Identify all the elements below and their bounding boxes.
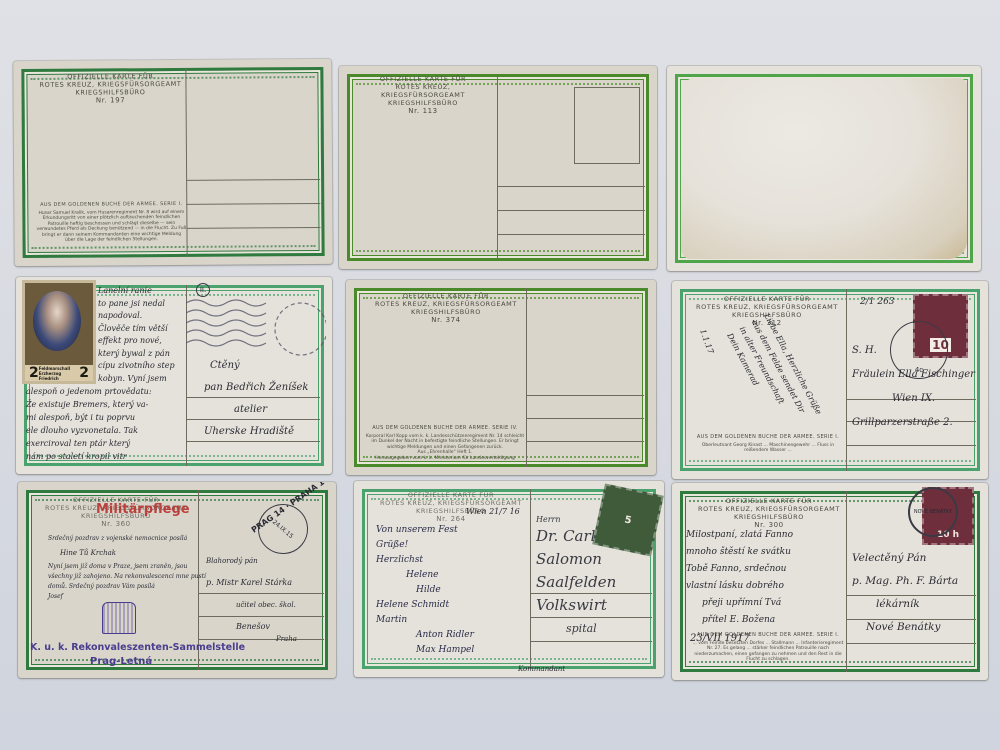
postcard-nr-197: OFFIZIELLE KARTE FÜRROTES KREUZ, KRIEGSF… (13, 59, 332, 266)
postcard-nr-300: OFFIZIELLE KARTE FÜRROTES KREUZ, KRIEGSF… (672, 483, 988, 680)
postcard-nr-374: OFFIZIELLE KARTE FÜRROTES KREUZ, KRIEGSF… (346, 280, 656, 475)
postcard-zenisek: II. 2 Feldmarschall Erzherzog Friedrich … (16, 277, 332, 474)
card-number: Nr. 197 (36, 96, 186, 105)
card-header: OFFIZIELLE KARTE FÜRROTES KREUZ, KRIEGSF… (353, 75, 493, 115)
nove-benatky-postmark: NOVÉ BENÁTKY (908, 487, 958, 537)
address-block: Ctěný pan Bedřich Ženíšek atelier Uhersk… (204, 355, 308, 443)
signatures: Von unserem Fest Grüße! Herzlichst Helen… (376, 523, 474, 658)
card-header: OFFIZIELLE KARTE FÜRROTES KREUZ, KRIEGSF… (366, 292, 526, 324)
violet-crest-stamp (102, 602, 136, 634)
postcard-damaged (667, 66, 981, 271)
card-caption: AUS DEM GOLDENEN BUCHE DER ARMEE. SERIE … (690, 435, 846, 454)
card-number: Nr. 264 (376, 515, 526, 523)
handwritten-message: Srdečný pozdrav z vojenské nemocnice pos… (48, 534, 206, 602)
handwritten-message: Milostpaní, zlatá Fanno mnoho štěstí ke … (686, 527, 793, 629)
card-header: OFFIZIELLE KARTE FÜRROTES KREUZ, KRIEGSF… (35, 72, 185, 105)
cinderella-stamp: 2 Feldmarschall Erzherzog Friedrich 2 (22, 280, 96, 384)
militarpflege-overprint: Militärpflege (96, 502, 190, 517)
portrait (33, 291, 81, 351)
card-header: OFFIZIELLE KARTE FÜRROTES KREUZ, KRIEGSF… (694, 497, 844, 529)
address-block: Velectěný Pán p. Mag. Ph. F. Bárta lékár… (852, 547, 958, 639)
address-block: Herrn Dr. Carl Salomon Saalfelden Volksw… (536, 515, 616, 640)
address-block: Blahorodý pán p. Mistr Karel Stárka učit… (206, 550, 297, 650)
date-note: 23/VII 1917 (690, 633, 750, 644)
postcard-fischinger: OFFIZIELLE KARTE FÜRROTES KREUZ, KRIEGSF… (672, 281, 988, 479)
postmark-II: II. (196, 283, 210, 297)
date-note: Wien 21/7 16 (466, 507, 520, 516)
bottom-note: Kommandant (518, 665, 565, 673)
stamp-placeholder-box (574, 87, 640, 164)
postcard-nr-264: OFFIZIELLE KARTE FÜRROTES KREUZ, KRIEGSF… (354, 481, 664, 677)
card-number: Nr. 360 (36, 520, 196, 528)
card-number: Nr. 113 (353, 107, 493, 115)
postcard-nr-360: OFFIZIELLE KARTE FÜRROTES KREUZ, KRIEGSF… (18, 482, 336, 678)
handwritten-message-cont: alespoň o jedenom prtovědatu:Že existuje… (26, 385, 152, 463)
card-number: Nr. 374 (366, 316, 526, 324)
card-caption: AUS DEM GOLDENEN BUCHE DER ARMEE. SERIE … (36, 202, 186, 244)
prag-letna-stamp: Prag-Letná (90, 656, 152, 667)
address-block: S. H. Fräulein Ella Fischinger Wien IX. … (852, 339, 975, 435)
postcard-nr-113: OFFIZIELLE KARTE FÜRROTES KREUZ, KRIEGSF… (339, 66, 657, 269)
machine-cancel-lines (186, 291, 326, 361)
torn-paper-area (681, 78, 967, 259)
reference-number: 2/1 263 (860, 297, 895, 307)
handwritten-message: Lanelní ranieto pane jsi nedalnapodoval.… (98, 285, 175, 385)
card-caption: AUS DEM GOLDENEN BUCHE DER ARMEE. SERIE … (364, 426, 526, 461)
